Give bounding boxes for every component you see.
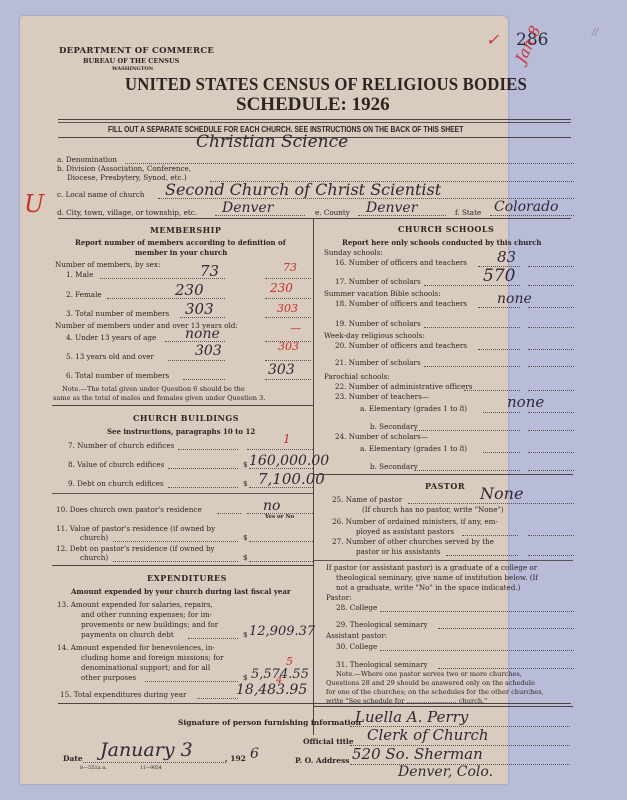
over-13-check-value: 303 xyxy=(278,340,299,353)
form-title: UNITED STATES CENSUS OF RELIGIOUS BODIES xyxy=(125,74,527,95)
total-check-line xyxy=(265,317,311,318)
q27-label-cont: pastor or his assistants xyxy=(356,547,441,556)
q18-check-line xyxy=(528,307,574,308)
q23a-label: a. Elementary (grades 1 to 8) xyxy=(360,404,467,413)
female-value[interactable]: 230 xyxy=(175,281,204,299)
q30-line[interactable] xyxy=(380,650,574,651)
q13-label-cont: payments on church debt xyxy=(81,630,174,639)
date-label: Date xyxy=(63,754,83,763)
q31-line[interactable] xyxy=(438,668,574,669)
dollar-sign: $ xyxy=(243,630,248,639)
q27-check-line xyxy=(528,555,574,556)
q28-line[interactable] xyxy=(380,611,574,612)
q14-label-cont: cluding home and foreign missions; for xyxy=(81,653,224,662)
q25-label: 25. Name of pastor xyxy=(332,495,402,504)
edifices-debt-line xyxy=(168,487,238,488)
q30-label: 30. College xyxy=(336,642,377,651)
corner-mark: // xyxy=(592,28,598,38)
q24b-label: b. Secondary xyxy=(370,462,418,471)
q25-line xyxy=(408,503,574,504)
q13-label: 13. Amount expended for salaries, repair… xyxy=(57,600,213,609)
dollar-sign: $ xyxy=(243,479,248,488)
date-value[interactable]: January 3 xyxy=(100,739,193,761)
pastor-note-cont: Questions 28 and 29 should be answered o… xyxy=(326,679,535,687)
q13-label-cont: provements or new buildings; and for xyxy=(81,620,218,629)
divider xyxy=(52,405,313,406)
total-members-label: 3. Total number of members xyxy=(66,309,169,318)
q24a-label: a. Elementary (grades 1 to 8) xyxy=(360,444,467,453)
residence-debt-label-cont: church) xyxy=(80,553,108,562)
denomination-label: a. Denomination xyxy=(57,155,117,164)
q13-line xyxy=(188,638,238,639)
department-label: DEPARTMENT OF COMMERCE xyxy=(59,46,214,56)
q19-line[interactable] xyxy=(424,327,520,328)
address-value-2[interactable]: Denver, Colo. xyxy=(398,764,493,780)
check-mark-icon: ✓ xyxy=(486,30,499,49)
divider xyxy=(52,565,313,566)
q22-label: 22. Number of administrative officers xyxy=(335,382,472,391)
local-name-value[interactable]: Second Church of Christ Scientist xyxy=(165,180,441,199)
female-check-line xyxy=(265,298,311,299)
q23b-check-line xyxy=(528,430,574,431)
q27-line[interactable] xyxy=(446,555,518,556)
address-label: P. O. Address xyxy=(295,756,349,765)
city-label: WASHINGTON xyxy=(112,66,153,72)
q18-value[interactable]: none xyxy=(497,291,532,307)
city-value[interactable]: Denver xyxy=(222,200,273,216)
q13-amount[interactable]: 12,909.37 xyxy=(249,624,315,639)
local-name-label: c. Local name of church xyxy=(57,190,145,199)
year-prefix: , 192 xyxy=(225,754,246,763)
divider xyxy=(58,703,571,704)
denomination-value[interactable]: Christian Science xyxy=(196,132,348,152)
official-title-value[interactable]: Clerk of Church xyxy=(367,726,489,744)
q16-label: 16. Number of officers and teachers xyxy=(335,258,467,267)
state-line xyxy=(490,215,574,216)
q12-line xyxy=(113,561,238,562)
total-6-check-line xyxy=(265,379,311,380)
expenditures-heading: EXPENDITURES xyxy=(147,573,227,583)
schools-heading: CHURCH SCHOOLS xyxy=(398,224,494,234)
edifices-value-amount[interactable]: 160,000.00 xyxy=(249,453,329,469)
q24b-line[interactable] xyxy=(415,470,520,471)
total-check-value: 303 xyxy=(277,302,298,315)
q24a-check-line xyxy=(528,452,574,453)
q11-amount-line[interactable] xyxy=(249,541,313,542)
q27-label: 27. Number of other churches served by t… xyxy=(332,537,494,546)
edifices-debt-amount-line xyxy=(249,487,313,488)
total-members-6-label: 6. Total number of members xyxy=(66,371,169,380)
divider xyxy=(58,119,571,120)
edifices-value-line xyxy=(168,468,238,469)
q24-label: 24. Number of scholars— xyxy=(335,432,428,441)
q29-label: 29. Theological seminary xyxy=(336,620,428,629)
q20-line[interactable] xyxy=(478,349,520,350)
male-check-value: 73 xyxy=(283,261,297,274)
residence-label: 10. Does church own pastor's residence xyxy=(56,505,202,514)
county-label: e. County xyxy=(315,208,350,217)
dollar-sign: $ xyxy=(243,460,248,469)
form-number: 8—551a a. xyxy=(80,765,107,771)
q17-label: 17. Number of scholars xyxy=(335,277,421,286)
margin-letter-annotation: U xyxy=(24,190,44,218)
under-13-value[interactable]: none xyxy=(185,326,220,342)
weekday-schools-label: Week-day religious schools: xyxy=(324,331,425,340)
q14-correction: 5 xyxy=(286,655,293,668)
q14-line xyxy=(145,681,238,682)
q15-correction: 4 xyxy=(276,675,282,686)
over-13-label: 5. 13 years old and over xyxy=(66,352,154,361)
female-line xyxy=(107,298,225,299)
graduate-instructions: If pastor (or assistant pastor) is a gra… xyxy=(326,563,537,572)
q26-check-line xyxy=(528,535,574,536)
denomination-line xyxy=(125,163,574,164)
q21-label: 21. Number of scholars xyxy=(335,358,421,367)
q23a-line xyxy=(483,412,520,413)
divider xyxy=(313,706,573,707)
q19-check-line xyxy=(528,327,574,328)
female-check-value: 230 xyxy=(270,281,293,295)
address-value[interactable]: 520 So. Sherman xyxy=(352,745,483,763)
male-label: 1. Male xyxy=(66,270,93,279)
edifices-debt-amount[interactable]: 7,100.00 xyxy=(258,470,325,488)
city-line xyxy=(215,215,305,216)
edifices-value-label: 8. Value of church edifices xyxy=(68,460,164,469)
q23b-label: b. Secondary xyxy=(370,422,418,431)
q21-check-line xyxy=(528,366,574,367)
q20-check-line xyxy=(528,349,574,350)
q23a-value[interactable]: none xyxy=(507,393,544,411)
pastor-note: Note.—Where one pastor serves two or mor… xyxy=(336,670,522,678)
total-members-value[interactable]: 303 xyxy=(185,300,214,318)
over-13-value[interactable]: 303 xyxy=(195,343,222,359)
q26-label: 26. Number of ordained ministers, if any… xyxy=(332,517,498,526)
female-label: 2. Female xyxy=(66,290,102,299)
q14-label: 14. Amount expended for benevolences, in… xyxy=(57,643,215,652)
dollar-sign: $ xyxy=(243,533,248,542)
sunday-schools-label: Sunday schools: xyxy=(324,248,383,257)
q22-check-line xyxy=(528,390,574,391)
q16-value[interactable]: 83 xyxy=(497,248,516,266)
membership-note-cont: same as the total of males and females g… xyxy=(53,394,265,402)
membership-subheading: Report number of members according to de… xyxy=(75,238,286,247)
membership-heading: MEMBERSHIP xyxy=(150,225,221,235)
q23-label: 23. Number of teachers— xyxy=(335,392,429,401)
membership-note: Note.—The total given under Question 6 s… xyxy=(62,385,245,393)
q23a-check-line xyxy=(528,412,574,413)
q26-label-cont: ployed as assistant pastors xyxy=(356,527,454,536)
county-line xyxy=(358,215,446,216)
total-members-6-value[interactable]: 303 xyxy=(268,362,295,378)
q31-label: 31. Theological seminary xyxy=(336,660,428,669)
summer-schools-label: Summer vacation Bible schools: xyxy=(324,289,441,298)
expenditures-subheading: Amount expended by your church during la… xyxy=(71,587,291,596)
q24b-check-line xyxy=(528,470,574,471)
q20-label: 20. Number of officers and teachers xyxy=(335,341,467,350)
q17-check-line xyxy=(528,285,574,286)
dollar-sign: $ xyxy=(243,673,248,682)
assistant-pastor-label: Assistant pastor: xyxy=(326,631,387,640)
city-label: d. City, town, village, or township, etc… xyxy=(57,208,197,217)
schools-subheading: Report here only schools conducted by th… xyxy=(342,238,541,247)
q21-line[interactable] xyxy=(424,366,520,367)
buildings-heading: CHURCH BUILDINGS xyxy=(133,413,239,423)
q18-label: 18. Number of officers and teachers xyxy=(335,299,467,308)
date-line xyxy=(83,762,226,763)
pastor-note-cont: for one of the churches; on the schedule… xyxy=(326,688,544,696)
pastor-label: Pastor: xyxy=(326,593,352,602)
residence-value-label: 11. Value of pastor's residence (if owne… xyxy=(56,524,215,533)
edifices-count-line xyxy=(178,449,238,450)
q26-line[interactable] xyxy=(462,535,518,536)
q13-label-cont: and other running expenses; for im- xyxy=(81,610,212,619)
graduate-instructions-cont: not a graduate, write "No" in the space … xyxy=(336,583,520,592)
q11-line xyxy=(113,541,238,542)
q29-line[interactable] xyxy=(438,628,574,629)
county-value[interactable]: Denver xyxy=(366,200,417,216)
divider xyxy=(58,218,571,219)
under-13-label: 4. Under 13 years of age xyxy=(66,333,156,342)
divider xyxy=(313,474,573,475)
q24a-line[interactable] xyxy=(483,452,520,453)
pastor-note-cont: write "See schedule for ................… xyxy=(326,697,487,705)
signature-label: Signature of person furnishing informati… xyxy=(178,718,361,727)
male-value[interactable]: 73 xyxy=(200,262,219,280)
q17-value[interactable]: 570 xyxy=(483,266,515,286)
divider xyxy=(313,560,573,561)
schedule-title: SCHEDULE: 1926 xyxy=(236,94,390,116)
q18-line xyxy=(478,307,520,308)
under-13-check-value: — xyxy=(290,322,301,335)
print-number: 11—9054 xyxy=(140,766,162,771)
residence-debt-label: 12. Debt on pastor's residence (if owned… xyxy=(56,544,215,553)
q16-check-line xyxy=(528,266,574,267)
q23b-line[interactable] xyxy=(415,430,520,431)
membership-subheading: member in your church xyxy=(135,248,227,257)
q15-label: 15. Total expenditures during year xyxy=(60,690,186,699)
year-digit[interactable]: 6 xyxy=(250,746,259,762)
by-sex-label: Number of members, by sex: xyxy=(55,260,160,269)
q25-hint: (If church has no pastor, write "None") xyxy=(362,505,504,514)
edifices-count-value[interactable]: 1 xyxy=(283,432,291,446)
q15-line xyxy=(197,698,238,699)
dollar-sign: $ xyxy=(243,553,248,562)
q12-amount-line[interactable] xyxy=(249,561,313,562)
male-check-line xyxy=(265,278,311,279)
yes-no-hint: Yes or No xyxy=(265,514,294,520)
over-13-check-line xyxy=(265,360,311,361)
state-label: f. State xyxy=(455,208,481,217)
edifices-count-label: 7. Number of church edifices xyxy=(68,441,174,450)
total-6-line xyxy=(183,379,225,380)
buildings-subheading: See instructions, paragraphs 10 to 12 xyxy=(107,427,255,436)
division-label: b. Division (Association, Conference, xyxy=(57,164,191,173)
official-title-label: Official title xyxy=(303,737,354,746)
graduate-instructions-cont: theological seminary, give name of insti… xyxy=(336,573,538,582)
q22-line[interactable] xyxy=(464,390,520,391)
edifices-count-value-line xyxy=(247,449,313,450)
residence-value[interactable]: no xyxy=(263,498,280,514)
q25-value[interactable]: None xyxy=(480,484,523,503)
q14-label-cont: other purposes xyxy=(81,673,136,682)
over-13-line xyxy=(168,360,225,361)
q15-amount[interactable]: 18,483.95 xyxy=(236,682,307,698)
signature-value[interactable]: Luella A. Perry xyxy=(355,708,468,726)
q28-label: 28. College xyxy=(336,603,377,612)
residence-line xyxy=(217,513,241,514)
state-value[interactable]: Colorado xyxy=(494,199,558,215)
residence-value-label-cont: church) xyxy=(80,533,108,542)
q19-label: 19. Number of scholars xyxy=(335,319,421,328)
parochial-schools-label: Parochial schools: xyxy=(324,372,390,381)
q14-label-cont: denominational support; and for all xyxy=(81,663,210,672)
divider xyxy=(52,493,313,494)
edifices-amount-line xyxy=(249,468,313,469)
bureau-label: BUREAU OF THE CENSUS xyxy=(83,57,179,65)
divider xyxy=(58,122,571,123)
edifices-debt-label: 9. Debt on church edifices xyxy=(68,479,164,488)
pastor-heading: PASTOR xyxy=(425,481,465,491)
